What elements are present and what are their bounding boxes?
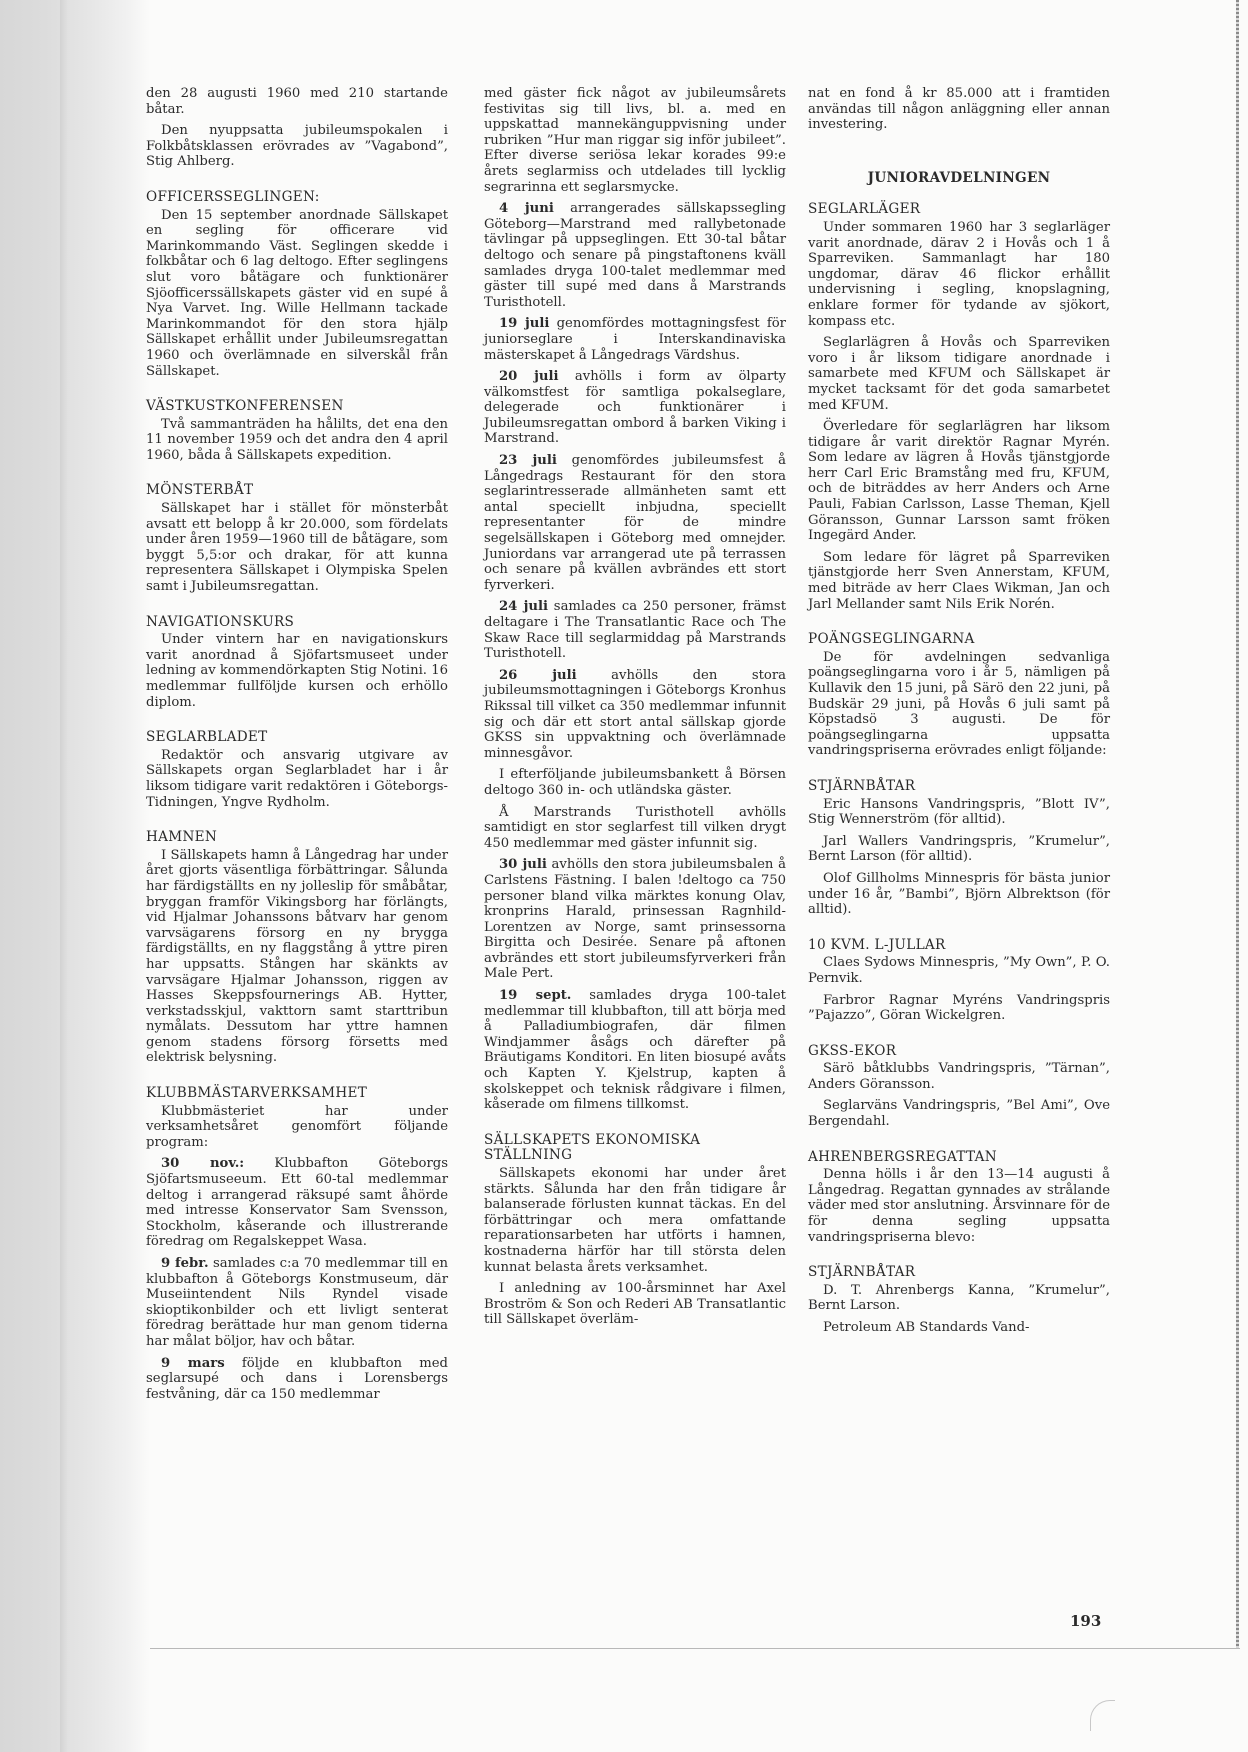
event-date: 9 mars (161, 1356, 225, 1371)
event-entry: 4 juni arrangerades sällskapssegling Göt… (484, 201, 786, 310)
event-entry: 19 juli genomfördes mottagningsfest för … (484, 316, 786, 363)
section-heading-stjarnbatar: STJÄRNBÅTAR (808, 779, 1110, 795)
page-number: 193 (1070, 1612, 1101, 1630)
section-heading-hamnen: HAMNEN (146, 830, 448, 846)
event-text: genomfördes jubileumsfest å Långedrags R… (484, 453, 786, 593)
scan-artifact-mark (1090, 1700, 1115, 1731)
paragraph: den 28 augusti 1960 med 210 startande bå… (146, 86, 448, 117)
paragraph: Den nyuppsatta jubileumspokalen i Folkbå… (146, 123, 448, 170)
event-text: samlades dryga 100-talet medlemmar till … (484, 988, 786, 1112)
prize-entry: Eric Hansons Vandringspris, ”Blott IV”, … (808, 797, 1110, 828)
event-date: 19 juli (499, 316, 549, 331)
event-date: 19 sept. (499, 988, 571, 1003)
prize-entry: D. T. Ahrenbergs Kanna, ”Krumelur”, Bern… (808, 1283, 1110, 1314)
section-heading-navigationskurs: NAVIGATIONSKURS (146, 615, 448, 631)
event-entry: 9 febr. samlades c:a 70 medlemmar till e… (146, 1256, 448, 1350)
event-entry: 20 juli avhölls i form av ölparty välkom… (484, 369, 786, 447)
paragraph: I Sällskapets hamn å Långedrag har under… (146, 848, 448, 1066)
event-entry: 23 juli genomfördes jubileumsfest å Lång… (484, 453, 786, 593)
gutter-edge (60, 0, 68, 1752)
prize-entry: Petroleum AB Standards Vand- (808, 1320, 1110, 1336)
event-date: 9 febr. (161, 1256, 209, 1271)
prize-entry: Jarl Wallers Vandringspris, ”Krumelur”, … (808, 834, 1110, 865)
section-heading-junioravdelningen: JUNIORAVDELNINGEN (808, 171, 1110, 187)
event-date: 4 juni (499, 201, 554, 216)
paragraph: Sällskapets ekonomi har under året stärk… (484, 1166, 786, 1275)
section-heading-stjarnbatar-2: STJÄRNBÅTAR (808, 1265, 1110, 1281)
section-heading-vastkustkonferensen: VÄSTKUSTKONFERENSEN (146, 399, 448, 415)
paragraph: Överledare för seglarlägren har liksom t… (808, 419, 1110, 544)
paragraph: Å Marstrands Turisthotell avhölls samtid… (484, 805, 786, 852)
text-column-2: med gäster fick något av jubileumsårets … (484, 86, 786, 1334)
text-column-3: nat en fond å kr 85.000 att i framtiden … (808, 86, 1110, 1342)
prize-entry: Farbror Ragnar Myréns Vandringspris ”Paj… (808, 993, 1110, 1024)
section-heading-poangseglingarna: POÄNGSEGLINGARNA (808, 632, 1110, 648)
section-heading-officersseglingen: OFFICERSSEGLINGEN: (146, 190, 448, 206)
paragraph: Under vintern har en navigationskurs var… (146, 632, 448, 710)
paragraph: Som ledare för lägret på Sparreviken tjä… (808, 550, 1110, 612)
section-heading-ahrenbergsregattan: AHRENBERGSREGATTAN (808, 1150, 1110, 1166)
section-heading-monsterbat: MÖNSTERBÅT (146, 483, 448, 499)
paragraph: Under sommaren 1960 har 3 seglarläger va… (808, 220, 1110, 329)
paragraph: Den 15 september anordnade Sällskapet en… (146, 208, 448, 380)
paragraph: Seglarlägren å Hovås och Sparreviken vor… (808, 335, 1110, 413)
paragraph: nat en fond å kr 85.000 att i framtiden … (808, 86, 1110, 133)
section-heading-seglarlager: SEGLARLÄGER (808, 202, 1110, 218)
section-heading-l-jullar: 10 KVM. L-JULLAR (808, 938, 1110, 954)
event-entry: 19 sept. samlades dryga 100-talet medlem… (484, 988, 786, 1113)
event-entry: 30 juli avhölls den stora jubileumsbalen… (484, 857, 786, 982)
section-heading-gkss-ekor: GKSS-EKOR (808, 1044, 1110, 1060)
section-heading-klubbmastarverksamhet: KLUBBMÄSTARVERKSAMHET (146, 1086, 448, 1102)
event-entry: 30 nov.: Klubbafton Göteborgs Sjöfartsmu… (146, 1156, 448, 1250)
page-bottom-edge (150, 1648, 1240, 1649)
book-gutter-shadow (0, 0, 150, 1752)
paragraph: Denna hölls i år den 13—14 augusti å Lån… (808, 1167, 1110, 1245)
prize-entry: Seglarväns Vandringspris, ”Bel Ami”, Ove… (808, 1098, 1110, 1129)
prize-entry: Olof Gillholms Minnespris för bästa juni… (808, 871, 1110, 918)
paragraph: I anledning av 100-årsminnet har Axel Br… (484, 1281, 786, 1328)
paragraph: Redaktör och ansvarig utgivare av Sällsk… (146, 748, 448, 810)
event-date: 24 juli (499, 599, 548, 614)
event-text: avhölls den stora jubileumsbalen å Carls… (484, 857, 786, 981)
event-entry: 24 juli samlades ca 250 personer, främst… (484, 599, 786, 661)
paragraph: De för avdelningen sedvanliga poängsegli… (808, 650, 1110, 759)
event-entry: 26 juli avhölls den stora jubileumsmotta… (484, 668, 786, 762)
event-entry: 9 mars följde en klubbafton med seglarsu… (146, 1356, 448, 1403)
paragraph: I efterföljande jubileumsbankett å Börse… (484, 767, 786, 798)
event-date: 30 nov.: (161, 1156, 244, 1171)
event-date: 26 juli (499, 668, 577, 683)
paragraph: Klubbmästeriet har under verksamhetsåret… (146, 1104, 448, 1151)
prize-entry: Claes Sydows Minnespris, ”My Own”, P. O.… (808, 955, 1110, 986)
prize-entry: Särö båtklubbs Vandringspris, ”Tärnan”, … (808, 1061, 1110, 1092)
event-text: arrangerades sällskapssegling Göteborg—M… (484, 201, 786, 310)
paragraph: Två sammanträden ha hålilts, det ena den… (146, 417, 448, 464)
text-column-1: den 28 augusti 1960 med 210 startande bå… (146, 86, 448, 1408)
paragraph: Sällskapet har i stället för mönsterbåt … (146, 501, 448, 595)
event-date: 20 juli (499, 369, 559, 384)
paragraph: med gäster fick något av jubileumsårets … (484, 86, 786, 195)
event-date: 30 juli (499, 857, 547, 872)
section-heading-seglarbladet: SEGLARBLADET (146, 730, 448, 746)
page-right-edge (1236, 0, 1239, 1648)
section-heading-ekonomiska-stallning: SÄLLSKAPETS EKONOMISKA STÄLLNING (484, 1133, 786, 1164)
event-date: 23 juli (499, 453, 557, 468)
